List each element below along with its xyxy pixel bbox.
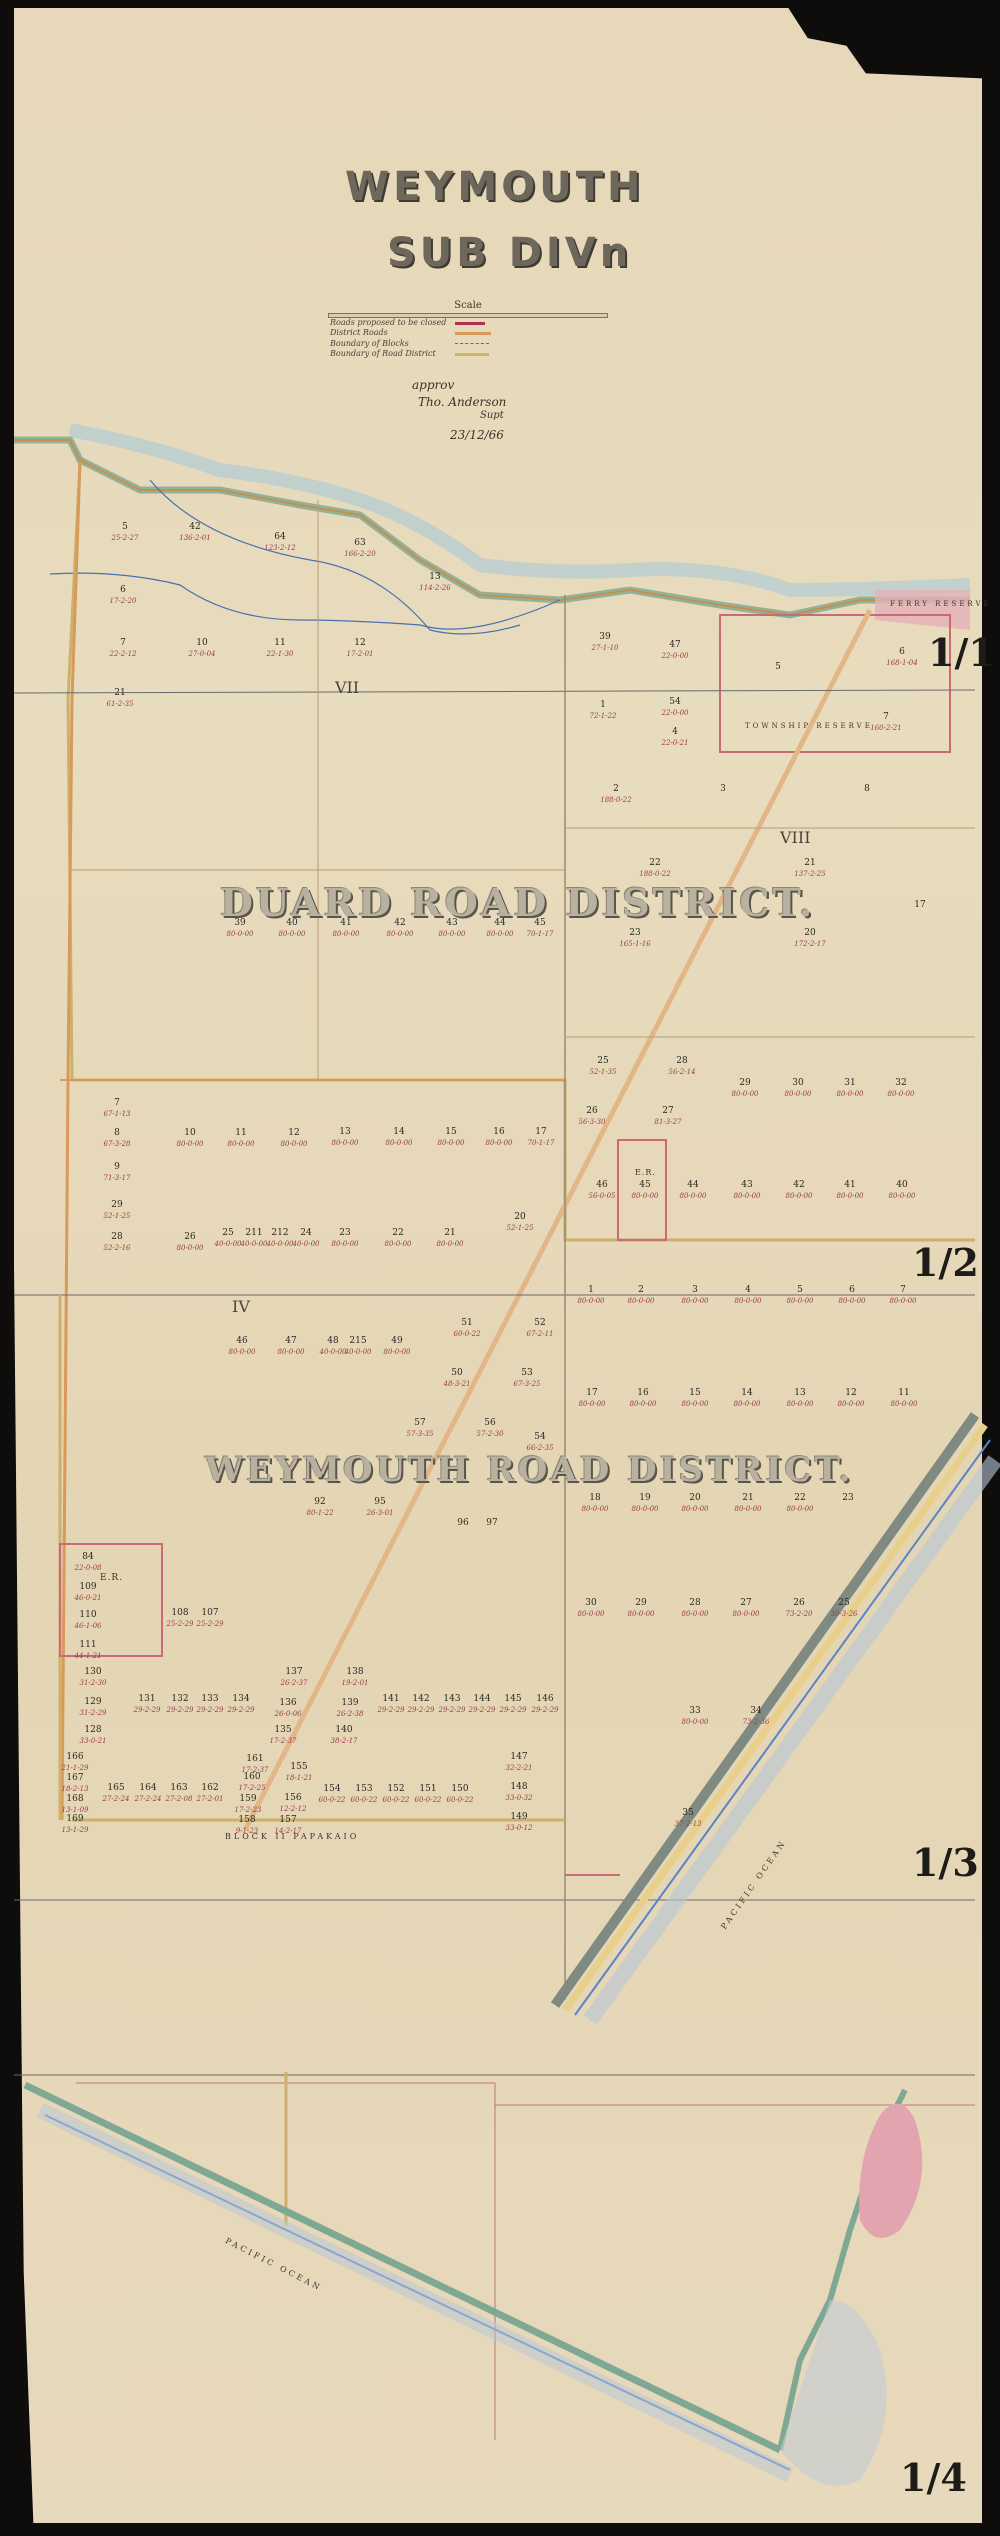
lot-label: 14732-2-21: [494, 1752, 544, 1774]
lot-area: 48-3-21: [432, 1379, 482, 1390]
lot-number: 146: [536, 1694, 553, 1704]
lot-number: 15: [689, 1388, 700, 1398]
lot-number: 14: [393, 1127, 404, 1137]
lot-area: 67-3-25: [502, 1379, 552, 1390]
lot-label: 3280-0-00: [876, 1078, 926, 1100]
lot-label: 15060-0-22: [435, 1784, 485, 1806]
lot-area: 57-2-30: [465, 1429, 515, 1440]
lot-label: 2552-1-35: [578, 1056, 628, 1078]
lot-number: 130: [84, 1667, 101, 1677]
legend-district-roads: District Roads: [330, 328, 388, 337]
lot-label: 10946-0-21: [63, 1582, 113, 1604]
lot-area: 13-1-29: [50, 1825, 100, 1836]
lot-number: 110: [79, 1610, 96, 1620]
lot-area: 114-2-26: [410, 583, 460, 594]
lot-number: 8: [864, 784, 870, 794]
lot-label: 1780-0-00: [567, 1388, 617, 1410]
lot-area: 27-1-10: [580, 643, 630, 654]
lot-number: 12: [354, 638, 365, 648]
lot-number: 4: [745, 1285, 751, 1295]
lot-label: 4570-1-17: [515, 918, 565, 940]
lot-number: 18: [589, 1493, 600, 1503]
lot-number: 4: [672, 727, 678, 737]
lot-area: 29-2-29: [216, 1705, 266, 1716]
lot-number: 107: [201, 1608, 218, 1618]
lot-label: 3080-0-00: [773, 1078, 823, 1100]
lot-label: 21137-2-25: [785, 858, 835, 880]
lot-label: 6168-1-04: [877, 647, 927, 669]
lot-label: 1122-1-30: [255, 638, 305, 660]
scale-label: Scale: [328, 300, 608, 311]
lot-label: 2280-0-00: [373, 1228, 423, 1250]
lot-number: 131: [138, 1694, 155, 1704]
lot-number: 168: [66, 1794, 83, 1804]
lot-area: 80-0-00: [670, 1504, 720, 1515]
lot-number: 64: [274, 532, 285, 542]
lot-area: 80-0-00: [722, 1191, 772, 1202]
lot-area: 80-0-00: [267, 929, 317, 940]
lot-number: 7: [900, 1285, 906, 1295]
lot-number: 42: [394, 918, 405, 928]
lot-area: 33-0-21: [68, 1736, 118, 1747]
lot-label: 2052-1-25: [495, 1212, 545, 1234]
lot-label: 4080-0-00: [877, 1180, 927, 1202]
lot-area: 80-1-22: [295, 1508, 345, 1519]
lot-area: 80-0-00: [670, 1399, 720, 1410]
lot-area: 32-2-21: [494, 1763, 544, 1774]
lot-label: 2780-0-00: [721, 1598, 771, 1620]
lot-number: 46: [236, 1336, 247, 1346]
lot-number: 139: [341, 1698, 358, 1708]
lot-number: 28: [676, 1056, 687, 1066]
lot-label: 13031-2-30: [68, 1667, 118, 1689]
road-district-boundary: [68, 462, 975, 1240]
map-subtitle: SUB DIVn: [387, 230, 632, 276]
lot-area: 38-2-17: [319, 1736, 369, 1747]
lot-area: 80-0-00: [321, 929, 371, 940]
lot-area: 22-0-00: [650, 651, 700, 662]
lot-label: 2161-2-35: [95, 688, 145, 710]
sheet-number-1-4: 1/4: [900, 2455, 967, 2500]
lot-number: 13: [339, 1127, 350, 1137]
lot-label: 4380-0-00: [427, 918, 477, 940]
lot-area: 80-0-00: [616, 1609, 666, 1620]
lot-number: 2: [638, 1285, 644, 1295]
lot-number: 6: [120, 585, 126, 595]
lot-number: 25: [838, 1598, 849, 1608]
lot-number: 148: [510, 1782, 527, 1792]
lot-area: 165-1-16: [610, 939, 660, 950]
lot-label: 1027-0-04: [177, 638, 227, 660]
lot-number: 1: [588, 1285, 594, 1295]
lot-number: 21: [804, 858, 815, 868]
lot-number: 52: [534, 1318, 545, 1328]
lot-label: 15917-2-23: [223, 1794, 273, 1816]
legend-block-boundary: Boundary of Blocks: [330, 339, 409, 348]
lot-number: 53: [521, 1368, 532, 1378]
weymouth-road-district-label: WEYMOUTH ROAD DISTRICT.: [205, 1450, 853, 1490]
lot-number: 155: [290, 1762, 307, 1772]
lot-area: 80-0-00: [620, 1191, 670, 1202]
lot-label: 2180-0-00: [425, 1228, 475, 1250]
lot-label: 767-1-13: [92, 1098, 142, 1120]
lot-number: 17: [535, 1127, 546, 1137]
lot-number: 14: [741, 1388, 752, 1398]
lot-number: 34: [750, 1706, 761, 1716]
lot-label: 1180-0-00: [216, 1128, 266, 1150]
estuary-reserve: [859, 2104, 922, 2238]
lot-number: 128: [84, 1725, 101, 1735]
scale-bar: Scale: [328, 300, 608, 318]
lot-area: 80-0-00: [670, 1296, 720, 1307]
lot-label: 13429-2-29: [216, 1694, 266, 1716]
lot-area: 19-2-01: [330, 1678, 380, 1689]
lot-number: 20: [514, 1212, 525, 1222]
lot-label: 3380-0-00: [670, 1706, 720, 1728]
lot-area: 80-0-00: [217, 1347, 267, 1358]
lot-number: 136: [279, 1698, 296, 1708]
lot-number: 17: [586, 1388, 597, 1398]
lot-label: 2852-2-16: [92, 1232, 142, 1254]
lot-area: 30-3-26: [819, 1609, 869, 1620]
lot-label: 4680-0-00: [217, 1336, 267, 1358]
legend-roads-closed: Roads proposed to be closed: [330, 318, 446, 327]
lot-number: 39: [234, 918, 245, 928]
lot-number: 166: [66, 1752, 83, 1762]
lot-area: 18-1-21: [274, 1773, 324, 1784]
lot-label: 2980-0-00: [616, 1598, 666, 1620]
lot-area: 80-0-00: [567, 1399, 617, 1410]
lot-number: 8: [114, 1128, 120, 1138]
lot-area: 80-0-00: [427, 929, 477, 940]
lot-area: 73-2-36: [731, 1717, 781, 1728]
lot-number: 29: [635, 1598, 646, 1608]
lot-number: 11: [274, 638, 285, 648]
lot-label: 3473-2-36: [731, 1706, 781, 1728]
lot-label: 3537-2-13: [663, 1808, 713, 1830]
lot-area: 17-2-37: [258, 1736, 308, 1747]
lot-number: 158: [238, 1815, 255, 1825]
lot-area: 80-0-00: [566, 1609, 616, 1620]
lot-number: 41: [340, 918, 351, 928]
lot-area: 26-3-01: [355, 1508, 405, 1519]
lot-number: 15: [445, 1127, 456, 1137]
lot-area: 80-0-00: [877, 1191, 927, 1202]
map-title: WEYMOUTH: [345, 164, 644, 210]
approval-date: 23/12/66: [450, 428, 504, 442]
lot-number: 43: [446, 918, 457, 928]
lot-label: 1480-0-00: [722, 1388, 772, 1410]
lot-number: 23: [842, 1493, 853, 1503]
lot-area: 71-3-17: [92, 1173, 142, 1184]
lot-area: 46-1-06: [63, 1621, 113, 1632]
lot-label: 1770-1-17: [516, 1127, 566, 1149]
lot-area: 29-2-29: [520, 1705, 570, 1716]
lot-number: 149: [510, 1812, 527, 1822]
lot-area: 33-0-12: [494, 1823, 544, 1834]
lot-label: 13819-2-01: [330, 1667, 380, 1689]
lot-area: 66-2-35: [515, 1443, 565, 1454]
lot-number: 135: [274, 1725, 291, 1735]
lot-area: 57-3-35: [395, 1429, 445, 1440]
lot-number: 156: [284, 1793, 301, 1803]
lot-number: 13: [794, 1388, 805, 1398]
lot-number: 57: [414, 1418, 425, 1428]
lot-label: 5048-3-21: [432, 1368, 482, 1390]
lot-area: 80-0-00: [570, 1504, 620, 1515]
lot-label: 20172-2-17: [785, 928, 835, 950]
lot-number: 2: [613, 784, 619, 794]
lot-area: 168-1-04: [877, 658, 927, 669]
lot-number: 20: [804, 928, 815, 938]
lot-label: 380-0-00: [670, 1285, 720, 1307]
lot-number: 169: [66, 1814, 83, 1824]
lot-area: 80-0-00: [722, 1399, 772, 1410]
lot-area: 80-0-00: [878, 1296, 928, 1307]
lot-number: 140: [335, 1725, 352, 1735]
lot-label: 10725-2-29: [185, 1608, 235, 1630]
lot-label: 2980-0-00: [720, 1078, 770, 1100]
lot-label: 7160-2-21: [861, 712, 911, 734]
lot-area: 52-1-25: [92, 1211, 142, 1222]
lot-number: 147: [510, 1752, 527, 1762]
block-label-iv: IV: [232, 1297, 250, 1316]
er-label-east: E.R.: [635, 1168, 656, 1177]
lot-area: 80-0-00: [775, 1504, 825, 1515]
lot-number: 42: [189, 522, 200, 532]
lot-label: 5657-2-30: [465, 1418, 515, 1440]
lot-area: 70-1-17: [516, 1138, 566, 1149]
lot-number: 51: [461, 1318, 472, 1328]
lot-label: 1680-0-00: [618, 1388, 668, 1410]
lot-number: 150: [451, 1784, 468, 1794]
lot-label: 1380-0-00: [775, 1388, 825, 1410]
lot-label: 2180-0-00: [723, 1493, 773, 1515]
lot-area: 67-2-11: [515, 1329, 565, 1340]
lot-number: 6: [849, 1285, 855, 1295]
lot-number: 138: [346, 1667, 363, 1677]
lot-number: 7: [114, 1098, 120, 1108]
lot-area: 188-0-22: [630, 869, 680, 880]
lot-label: 8422-0-08: [63, 1552, 113, 1574]
lot-number: 35: [682, 1808, 693, 1818]
lot-number: 13: [429, 572, 440, 582]
lot-number: 29: [739, 1078, 750, 1088]
river-water: [70, 430, 970, 590]
lot-area: 22-0-00: [650, 708, 700, 719]
lot-number: 21: [114, 688, 125, 698]
lot-label: 97: [467, 1518, 517, 1529]
lot-label: 5466-2-35: [515, 1432, 565, 1454]
lot-number: 32: [895, 1078, 906, 1088]
lot-area: 26-0-06: [263, 1709, 313, 1720]
lot-label: 4280-0-00: [774, 1180, 824, 1202]
lot-label: 12931-2-29: [68, 1697, 118, 1719]
lot-label: 8: [842, 784, 892, 795]
lot-area: 80-0-00: [374, 1138, 424, 1149]
lot-number: 159: [239, 1794, 256, 1804]
lot-label: 4380-0-00: [722, 1180, 772, 1202]
lot-label: 1180-0-00: [879, 1388, 929, 1410]
lot-area: 80-0-00: [826, 1399, 876, 1410]
lot-number: 5: [775, 662, 781, 672]
lot-number: 50: [451, 1368, 462, 1378]
approval-signature: Tho. Anderson: [418, 395, 506, 409]
lot-label: 4580-0-00: [620, 1180, 670, 1202]
lot-number: 33: [689, 1706, 700, 1716]
lot-label: 1280-0-00: [269, 1128, 319, 1150]
lot-area: 25-2-27: [100, 533, 150, 544]
lot-label: 5: [753, 662, 803, 673]
lot-number: 23: [339, 1228, 350, 1238]
lot-number: 22: [649, 858, 660, 868]
lot-label: 172-1-22: [578, 700, 628, 722]
lot-label: 4280-0-00: [375, 918, 425, 940]
lot-label: 5422-0-00: [650, 697, 700, 719]
legend-swatch-road-district: [455, 353, 489, 356]
lot-area: 80-0-00: [670, 1609, 720, 1620]
lot-number: 21: [742, 1493, 753, 1503]
lot-area: 80-0-00: [426, 1138, 476, 1149]
lot-area: 137-2-25: [785, 869, 835, 880]
lot-area: 81-3-27: [643, 1117, 693, 1128]
lot-number: 6: [899, 647, 905, 657]
lot-number: 29: [111, 1200, 122, 1210]
lot-area: 80-0-00: [668, 1191, 718, 1202]
lot-number: 17: [914, 900, 925, 910]
lot-area: 17-2-01: [335, 649, 385, 660]
lot-number: 27: [662, 1106, 673, 1116]
lot-area: 80-0-00: [372, 1347, 422, 1358]
lot-label: 14038-2-17: [319, 1725, 369, 1747]
lot-number: 111: [79, 1640, 96, 1650]
lot-number: 19: [639, 1493, 650, 1503]
lot-label: 971-3-17: [92, 1162, 142, 1184]
lot-area: 123-2-12: [255, 543, 305, 554]
lot-number: 45: [639, 1180, 650, 1190]
lot-label: 13517-2-37: [258, 1725, 308, 1747]
lot-area: 80-0-00: [373, 1239, 423, 1250]
lot-label: 1980-0-00: [620, 1493, 670, 1515]
lot-area: 46-0-21: [63, 1593, 113, 1604]
sheet-number-1-2: 1/2: [912, 1240, 979, 1285]
lot-area: 80-0-00: [618, 1399, 668, 1410]
lot-label: 2080-0-00: [670, 1493, 720, 1515]
lot-area: 60-0-22: [435, 1795, 485, 1806]
legend-road-district-boundary: Boundary of Road District: [330, 349, 436, 358]
lot-label: 617-2-20: [98, 585, 148, 607]
lot-number: 41: [844, 1180, 855, 1190]
lot-area: 22-0-08: [63, 1563, 113, 1574]
lot-label: 2673-2-20: [774, 1598, 824, 1620]
lot-area: 37-2-13: [663, 1819, 713, 1830]
lot-number: 39: [599, 632, 610, 642]
lot-number: 28: [111, 1232, 122, 1242]
lot-label: 13114-2-26: [410, 572, 460, 594]
lot-label: 867-3-28: [92, 1128, 142, 1150]
block-label-vii: VII: [335, 678, 359, 697]
legend-swatch-block: [455, 343, 489, 345]
lot-number: 16: [493, 1127, 504, 1137]
lot-number: 28: [689, 1598, 700, 1608]
lot-area: 80-0-00: [876, 1089, 926, 1100]
lot-number: 161: [246, 1754, 263, 1764]
lot-label: 13726-2-37: [269, 1667, 319, 1689]
lot-label: 722-2-12: [98, 638, 148, 660]
lot-area: 80-0-00: [720, 1089, 770, 1100]
lot-label: 2781-3-27: [643, 1106, 693, 1128]
lot-number: 25: [597, 1056, 608, 1066]
ferry-reserve-area: [875, 590, 970, 630]
lot-label: 4722-0-00: [650, 640, 700, 662]
lot-label: 480-0-00: [723, 1285, 773, 1307]
lot-number: 45: [534, 918, 545, 928]
lot-number: 44: [494, 918, 505, 928]
lot-area: 31-2-30: [68, 1678, 118, 1689]
lot-label: 780-0-00: [878, 1285, 928, 1307]
lot-label: 11144-1-21: [63, 1640, 113, 1662]
lot-label: 580-0-00: [775, 1285, 825, 1307]
lot-number: 95: [374, 1497, 385, 1507]
lot-area: 70-1-17: [515, 929, 565, 940]
lot-label: 525-2-27: [100, 522, 150, 544]
lot-label: 64123-2-12: [255, 532, 305, 554]
lot-area: 136-2-01: [170, 533, 220, 544]
lot-area: 80-0-00: [215, 929, 265, 940]
lot-area: 73-2-20: [774, 1609, 824, 1620]
sheet-number-1-1: 1/1: [928, 630, 995, 675]
lot-area: 27-0-04: [177, 649, 227, 660]
lot-area: 166-2-20: [335, 549, 385, 560]
lot-area: 80-0-00: [775, 1296, 825, 1307]
lot-label: 180-0-00: [566, 1285, 616, 1307]
lot-label: 4480-0-00: [668, 1180, 718, 1202]
lot-area: 26-2-37: [269, 1678, 319, 1689]
lot-number: 24: [300, 1228, 311, 1238]
lot-area: 188-0-22: [591, 795, 641, 806]
lot-label: 15518-1-21: [274, 1762, 324, 1784]
lot-label: 3180-0-00: [825, 1078, 875, 1100]
lot-label: 23: [823, 1493, 873, 1504]
diagonal-district-road: [245, 610, 870, 1830]
lot-number: 134: [232, 1694, 249, 1704]
lot-label: 14933-0-12: [494, 1812, 544, 1834]
lot-area: 80-0-00: [774, 1191, 824, 1202]
lot-label: 63166-2-20: [335, 538, 385, 560]
lot-area: 31-2-29: [68, 1708, 118, 1719]
block-label-viii: VIII: [780, 828, 811, 847]
lot-number: 26: [586, 1106, 597, 1116]
lot-number: 160: [243, 1772, 260, 1782]
lot-number: 49: [391, 1336, 402, 1346]
lot-number: 30: [792, 1078, 803, 1088]
lot-number: 162: [201, 1783, 218, 1793]
lot-label: 1280-0-00: [826, 1388, 876, 1410]
lot-number: 46: [596, 1180, 607, 1190]
township-reserve-label: TOWNSHIP RESERVE: [745, 722, 873, 730]
lot-number: 215: [349, 1336, 366, 1346]
lot-label: 3080-0-00: [566, 1598, 616, 1620]
sheet-number-1-3: 1/3: [912, 1840, 979, 1885]
lot-number: 10: [196, 638, 207, 648]
lot-number: 47: [285, 1336, 296, 1346]
lot-number: 5: [797, 1285, 803, 1295]
lot-label: 22188-0-22: [630, 858, 680, 880]
lot-area: 52-1-25: [495, 1223, 545, 1234]
lot-area: 80-0-00: [879, 1399, 929, 1410]
lot-number: 54: [534, 1432, 545, 1442]
lot-area: 80-0-00: [375, 929, 425, 940]
